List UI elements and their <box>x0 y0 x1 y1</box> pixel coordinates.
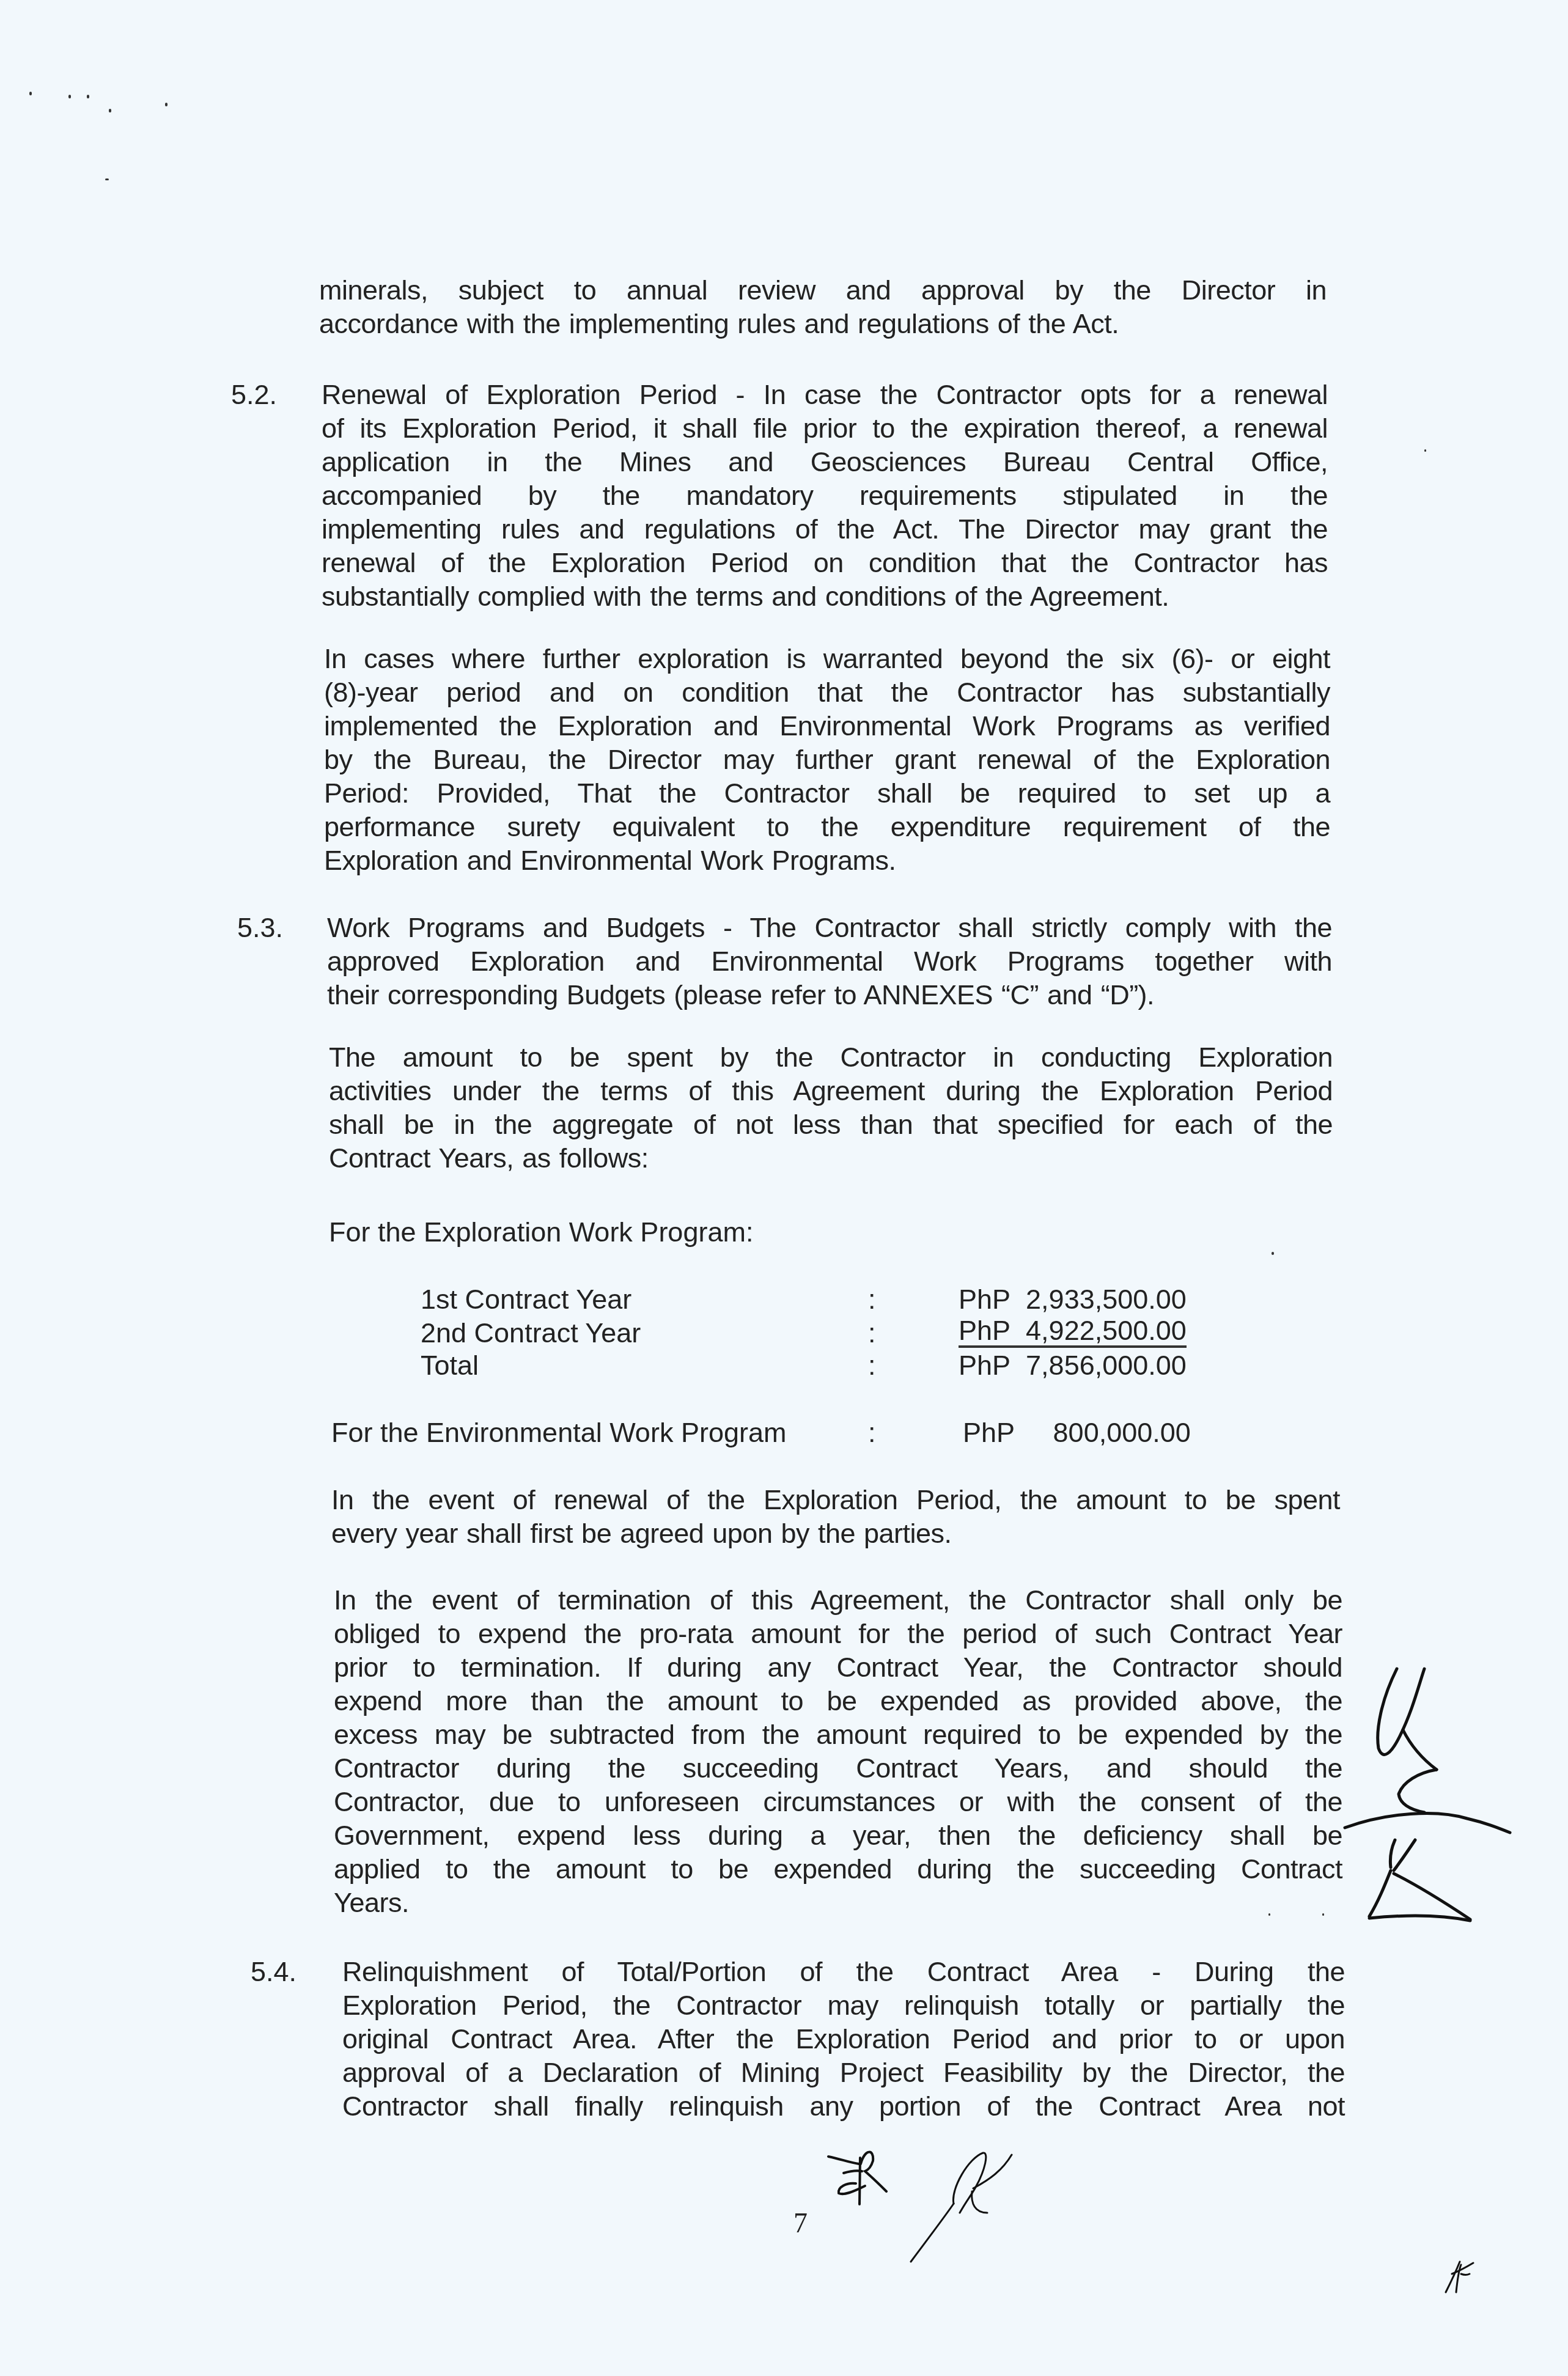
footer-signature-right-icon <box>911 2146 1033 2268</box>
currency-label: PhP <box>959 1350 1010 1381</box>
section-5-3-paragraph-1: Work Programs and Budgets - The Contract… <box>327 911 1332 1012</box>
scan-speck <box>1322 1913 1324 1916</box>
row-colon: : <box>868 1282 876 1316</box>
margin-initials-signature-icon <box>1345 1644 1528 1938</box>
text-line: In the event of renewal of the Explorati… <box>331 1483 1340 1517</box>
text-line: original Contract Area. After the Explor… <box>342 2022 1345 2056</box>
row-label: For the Environmental Work Program <box>331 1416 786 1449</box>
text-line: Renewal of Exploration Period - In case … <box>322 378 1328 411</box>
scan-speck <box>29 92 32 95</box>
text-line: of its Exploration Period, it shall file… <box>322 411 1328 445</box>
text-line: expend more than the amount to be expend… <box>334 1684 1342 1718</box>
scan-speck <box>1272 1252 1274 1255</box>
row-amount: PhP 7,856,000.00 <box>959 1348 1187 1382</box>
row-label: 2nd Contract Year <box>421 1316 641 1350</box>
text-line: renewal of the Exploration Period on con… <box>322 546 1328 579</box>
text-line: approval of a Declaration of Mining Proj… <box>342 2056 1345 2089</box>
scan-speck <box>1424 449 1426 452</box>
row-colon: : <box>868 1416 876 1449</box>
text-line: The amount to be spent by the Contractor… <box>329 1040 1333 1074</box>
text-line: Exploration Period, the Contractor may r… <box>342 1988 1345 2022</box>
amount-value: 2,933,500.00 <box>1026 1284 1187 1315</box>
scan-speck <box>109 109 111 112</box>
scan-speck <box>1268 1913 1270 1916</box>
text-line: approved Exploration and Environmental W… <box>327 944 1332 978</box>
footer-initials-signature-left-icon <box>825 2146 893 2207</box>
text-line: obliged to expend the pro-rata amount fo… <box>334 1617 1342 1650</box>
row-label: 1st Contract Year <box>421 1282 631 1316</box>
exploration-program-heading-text: For the Exploration Work Program: <box>329 1215 753 1249</box>
corner-initials-signature-icon <box>1443 2256 1479 2298</box>
text-line: Contractor shall finally relinquish any … <box>342 2089 1345 2123</box>
text-line: their corresponding Budgets (please refe… <box>327 978 1332 1012</box>
amount-value: 7,856,000.00 <box>1026 1350 1187 1381</box>
text-line: Government, expend less during a year, t… <box>334 1819 1342 1852</box>
text-line: In the event of termination of this Agre… <box>334 1583 1342 1617</box>
text-line: Contractor, due to unforeseen circumstan… <box>334 1785 1342 1819</box>
currency-label: PhP <box>959 1284 1010 1315</box>
text-line: prior to termination. If during any Cont… <box>334 1650 1342 1684</box>
text-line: Years. <box>334 1886 1342 1919</box>
scan-speck <box>105 178 109 180</box>
text-line: (8)-year period and on condition that th… <box>324 675 1330 709</box>
section-5-2-paragraph-2: In cases where further exploration is wa… <box>324 642 1330 877</box>
row-amount: PhP 2,933,500.00 <box>959 1282 1187 1316</box>
text-line: Contract Years, as follows: <box>329 1141 1333 1175</box>
text-line: minerals, subject to annual review and a… <box>319 273 1327 307</box>
text-line: substantially complied with the terms an… <box>322 579 1328 613</box>
amount-value: 4,922,500.00 <box>1026 1315 1187 1346</box>
text-line: excess may be subtracted from the amount… <box>334 1718 1342 1751</box>
section-number-5-2: 5.2. <box>231 378 277 411</box>
row-label: Total <box>421 1348 479 1382</box>
text-line: by the Bureau, the Director may further … <box>324 743 1330 776</box>
row-colon: : <box>868 1348 876 1382</box>
termination-paragraph: In the event of termination of this Agre… <box>334 1583 1342 1919</box>
text-line: accordance with the implementing rules a… <box>319 307 1327 340</box>
scan-speck <box>87 95 89 98</box>
text-line: implemented the Exploration and Environm… <box>324 709 1330 743</box>
section-5-3-paragraph-2: The amount to be spent by the Contractor… <box>329 1040 1333 1175</box>
text-line: In cases where further exploration is wa… <box>324 642 1330 675</box>
text-line: applied to the amount to be expended dur… <box>334 1852 1342 1886</box>
section-5-4-paragraph-1: Relinquishment of Total/Portion of the C… <box>342 1955 1345 2123</box>
text-line: every year shall first be agreed upon by… <box>331 1517 1340 1550</box>
text-line: activities under the terms of this Agree… <box>329 1074 1333 1108</box>
section-number-5-3: 5.3. <box>237 911 283 944</box>
text-line: Relinquishment of Total/Portion of the C… <box>342 1955 1345 1988</box>
text-line: performance surety equivalent to the exp… <box>324 810 1330 844</box>
scan-speck <box>68 95 71 98</box>
text-line: Exploration and Environmental Work Progr… <box>324 844 1330 877</box>
intro-continuation-paragraph: minerals, subject to annual review and a… <box>319 273 1327 340</box>
currency-label: PhP <box>963 1417 1015 1448</box>
document-page: minerals, subject to annual review and a… <box>0 0 1568 2376</box>
text-line: Period: Provided, That the Contractor sh… <box>324 776 1330 810</box>
section-number-5-4: 5.4. <box>251 1955 296 1988</box>
text-line: shall be in the aggregate of not less th… <box>329 1108 1333 1141</box>
row-colon: : <box>868 1316 876 1350</box>
row-amount: PhP 800,000.00 <box>963 1416 1191 1449</box>
text-line: Work Programs and Budgets - The Contract… <box>327 911 1332 944</box>
text-line: application in the Mines and Geosciences… <box>322 445 1328 479</box>
currency-label: PhP <box>959 1315 1010 1346</box>
text-line: implementing rules and regulations of th… <box>322 512 1328 546</box>
page-number: 7 <box>793 2207 808 2239</box>
amount-value: 800,000.00 <box>1053 1417 1191 1448</box>
text-line: Contractor during the succeeding Contrac… <box>334 1751 1342 1785</box>
renewal-amount-paragraph: In the event of renewal of the Explorati… <box>331 1483 1340 1550</box>
section-5-2-paragraph-1: Renewal of Exploration Period - In case … <box>322 378 1328 613</box>
scan-speck <box>165 103 167 106</box>
text-line: accompanied by the mandatory requirement… <box>322 479 1328 512</box>
row-amount: PhP 4,922,500.00 <box>959 1316 1187 1348</box>
